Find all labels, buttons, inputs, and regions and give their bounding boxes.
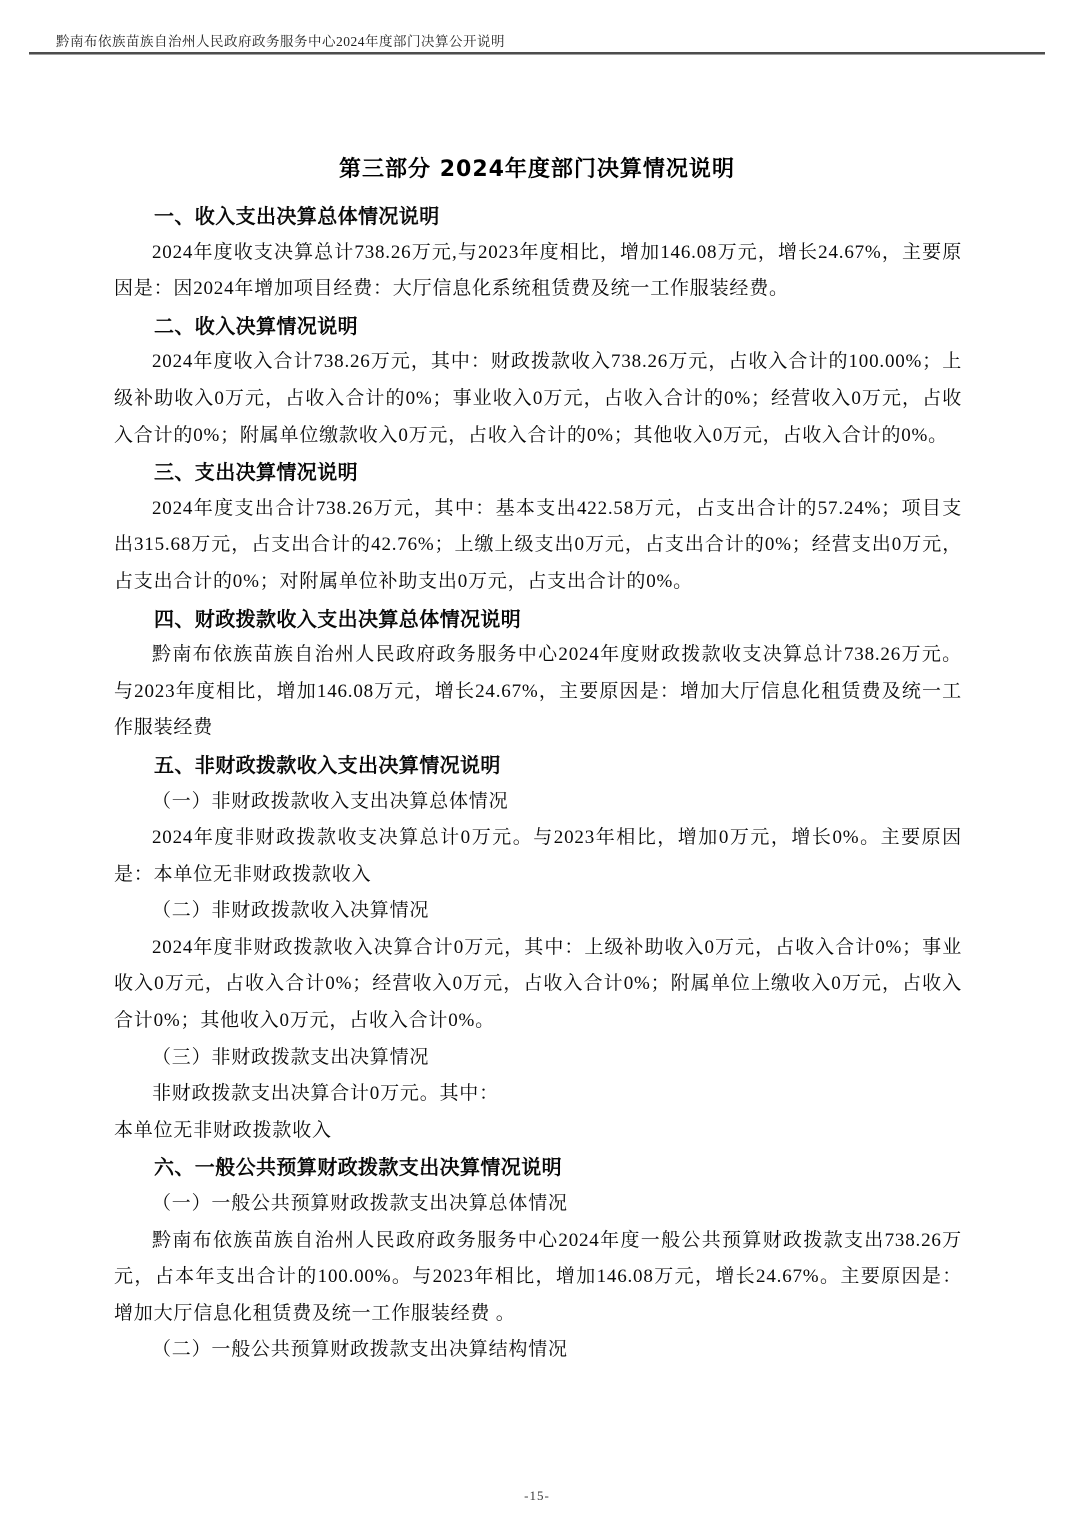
page-number: -15-: [0, 1488, 1074, 1504]
paragraph: 2024年度非财政拨款收支决算总计0万元。与2023年相比，增加0万元，增长0%…: [114, 820, 962, 893]
subsection-heading: （一）一般公共预算财政拨款支出决算总体情况: [114, 1186, 962, 1223]
subsection-heading: （一）非财政拨款收入支出决算总体情况: [114, 784, 962, 821]
subsection-heading: （三）非财政拨款支出决算情况: [114, 1040, 962, 1077]
running-header: 黔南布依族苗族自治州人民政府政务服务中心2024年度部门决算公开说明: [56, 30, 1044, 50]
paragraph: 黔南布依族苗族自治州人民政府政务服务中心2024年度财政拨款收支决算总计738.…: [114, 637, 962, 747]
document-page: 黔南布依族苗族自治州人民政府政务服务中心2024年度部门决算公开说明 第三部分 …: [0, 0, 1074, 1520]
paragraph: 黔南布依族苗族自治州人民政府政务服务中心2024年度一般公共预算财政拨款支出73…: [114, 1223, 962, 1333]
paragraph: 2024年度非财政拨款收入决算合计0万元，其中：上级补助收入0万元，占收入合计0…: [114, 930, 962, 1040]
header-rule: [29, 52, 1045, 55]
section-heading: 六、一般公共预算财政拨款支出决算情况说明: [114, 1149, 962, 1186]
subsection-heading: （二）非财政拨款收入决算情况: [114, 893, 962, 930]
subsection-heading: （二）一般公共预算财政拨款支出决算结构情况: [114, 1332, 962, 1369]
section-heading: 一、收入支出决算总体情况说明: [114, 198, 962, 235]
section-heading: 二、收入决算情况说明: [114, 308, 962, 345]
section-heading: 五、非财政拨款收入支出决算情况说明: [114, 747, 962, 784]
page-title: 第三部分 2024年度部门决算情况说明: [0, 152, 1074, 183]
paragraph: 2024年度支出合计738.26万元，其中：基本支出422.58万元，占支出合计…: [114, 491, 962, 601]
section-heading: 四、财政拨款收入支出决算总体情况说明: [114, 601, 962, 638]
paragraph: 本单位无非财政拨款收入: [114, 1113, 962, 1150]
document-body: 一、收入支出决算总体情况说明2024年度收支决算总计738.26万元,与2023…: [114, 198, 962, 1369]
paragraph: 非财政拨款支出决算合计0万元。其中：: [114, 1076, 962, 1113]
paragraph: 2024年度收支决算总计738.26万元,与2023年度相比，增加146.08万…: [114, 235, 962, 308]
section-heading: 三、支出决算情况说明: [114, 454, 962, 491]
paragraph: 2024年度收入合计738.26万元，其中：财政拨款收入738.26万元，占收入…: [114, 344, 962, 454]
